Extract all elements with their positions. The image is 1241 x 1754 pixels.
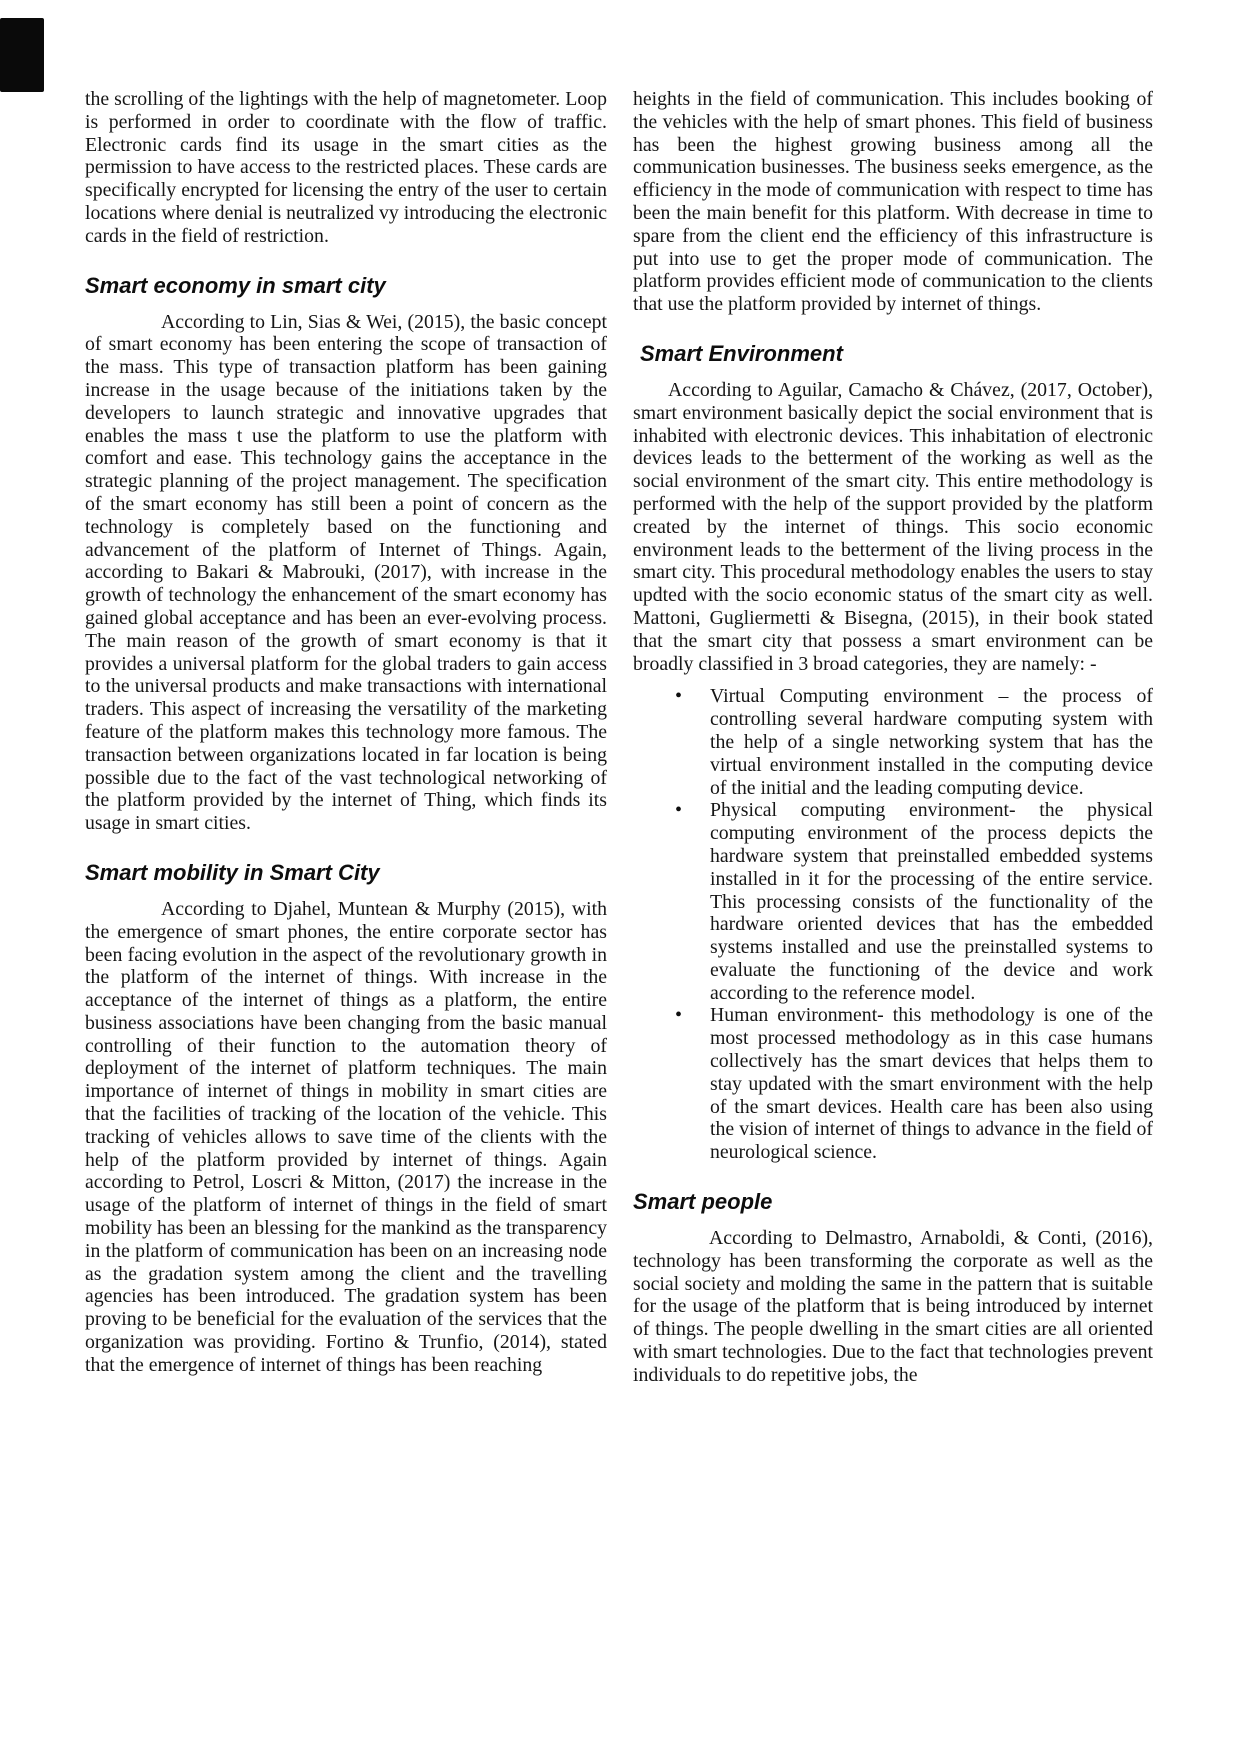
paragraph-smart-people: According to Delmastro, Arnaboldi, & Con…: [633, 1227, 1153, 1387]
paragraph-restriction-continuation: the scrolling of the lightings with the …: [85, 88, 607, 248]
section-heading-smart-mobility: Smart mobility in Smart City: [85, 860, 607, 886]
bullet-item-physical-computing: Physical computing environment- the phys…: [633, 799, 1153, 1004]
document-page: the scrolling of the lightings with the …: [0, 0, 1241, 1754]
paragraph-smart-mobility: According to Djahel, Muntean & Murphy (2…: [85, 898, 607, 1377]
bullet-item-virtual-computing: Virtual Computing environment – the proc…: [633, 685, 1153, 799]
left-column: the scrolling of the lightings with the …: [85, 88, 607, 1397]
environment-category-list: Virtual Computing environment – the proc…: [633, 685, 1153, 1164]
right-column: heights in the field of communication. T…: [633, 88, 1153, 1397]
scan-artifact: [0, 18, 44, 92]
section-heading-smart-people: Smart people: [633, 1189, 1153, 1215]
paragraph-smart-environment: According to Aguilar, Camacho & Chávez, …: [633, 379, 1153, 675]
paragraph-communication-continuation: heights in the field of communication. T…: [633, 88, 1153, 316]
section-heading-smart-environment: Smart Environment: [633, 341, 1153, 367]
page-content: the scrolling of the lightings with the …: [85, 88, 1153, 1397]
bullet-item-human-environment: Human environment- this methodology is o…: [633, 1004, 1153, 1164]
paragraph-smart-economy: According to Lin, Sias & Wei, (2015), th…: [85, 311, 607, 835]
section-heading-smart-economy: Smart economy in smart city: [85, 273, 607, 299]
